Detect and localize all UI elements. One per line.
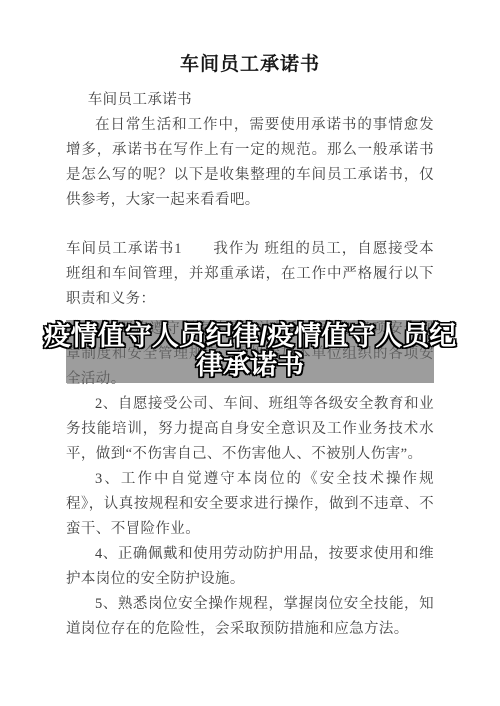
commitment-item-5: 5、熟悉岗位安全操作规程，掌握岗位安全技能，知道岗位存在的危险性，会采取预防措施…: [66, 592, 434, 642]
commitment-item-4: 4、正确佩戴和使用劳动防护用品，按要求使用和维护本岗位的安全防护设施。: [66, 542, 434, 592]
document-page: 车间员工承诺书 车间员工承诺书 在日常生活和工作中，需要使用承诺书的事情愈发增多…: [0, 0, 500, 706]
commitment-item-3: 3、工作中自觉遵守本岗位的《安全技术操作规程》，认真按规程和安全要求进行操作，做…: [66, 467, 434, 542]
watermark-title-line-1: 疫情值守人员纪律/疫情值守人员纪: [0, 322, 500, 351]
commitment-item-2: 2、自愿接受公司、车间、班组等各级安全教育和业务技能培训，努力提高自身安全意识及…: [66, 392, 434, 467]
watermark-title-line-2: 律承诺书: [0, 351, 500, 380]
lead-paragraph: 车间员工承诺书1 我作为 班组的员工，自愿接受本班组和车间管理，并郑重承诺，在工…: [66, 237, 434, 312]
intro-paragraph: 在日常生活和工作中，需要使用承诺书的事情愈发增多，承诺书在写作上有一定的规范。那…: [66, 113, 434, 213]
document-title: 车间员工承诺书: [0, 52, 500, 78]
watermark-title: 疫情值守人员纪律/疫情值守人员纪 律承诺书: [0, 322, 500, 380]
document-subtitle: 车间员工承诺书: [66, 88, 434, 113]
